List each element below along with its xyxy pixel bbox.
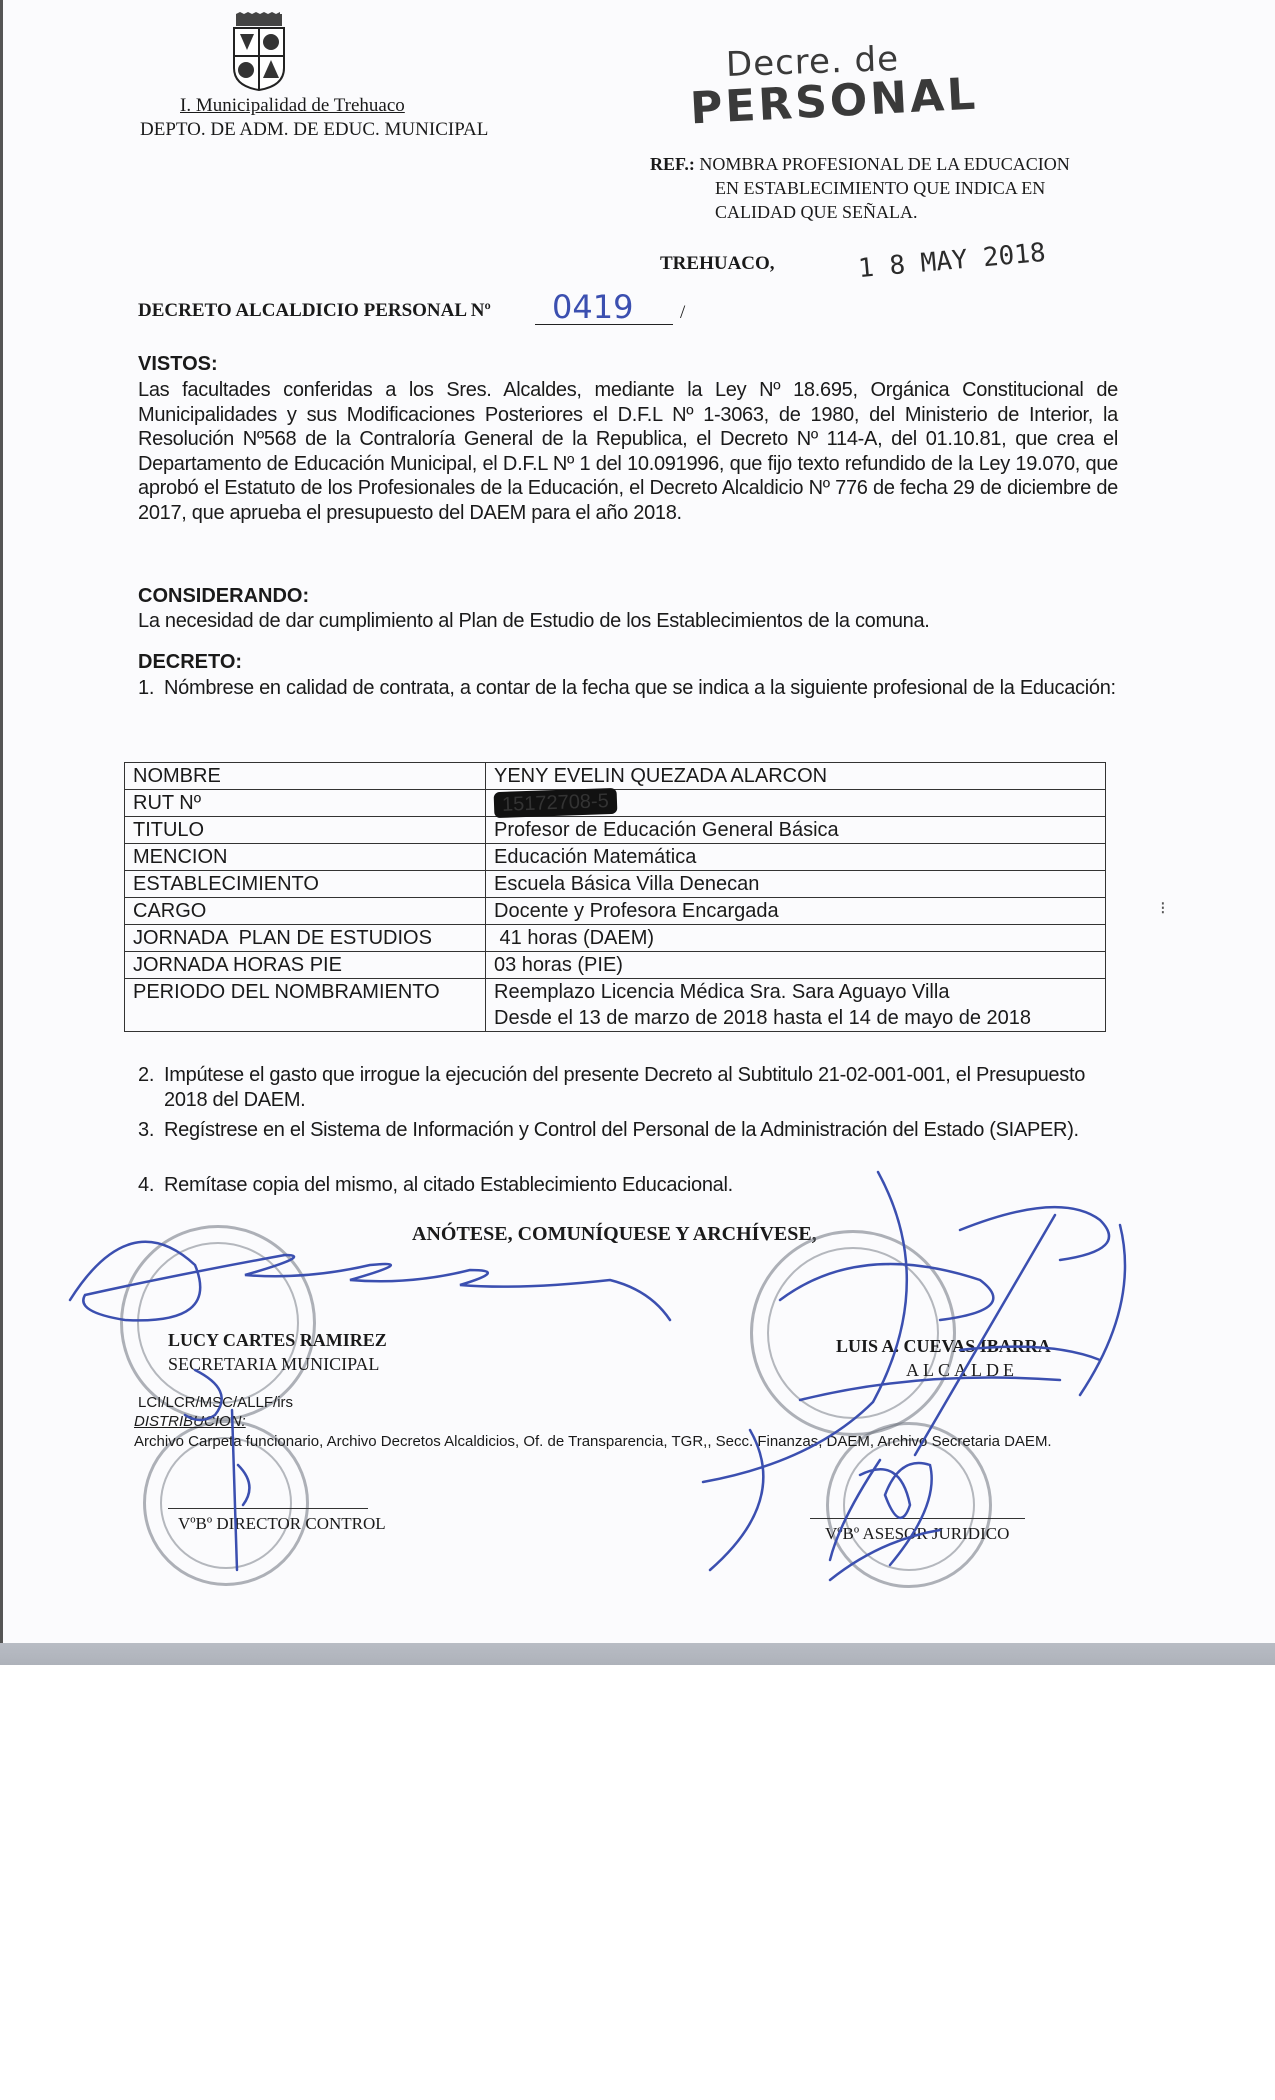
table-row: ESTABLECIMIENTOEscuela Básica Villa Dene… <box>125 871 1106 898</box>
row-value: Profesor de Educación General Básica <box>486 817 1106 844</box>
vistos-text: Las facultades conferidas a los Sres. Al… <box>138 378 1118 525</box>
closing-formula: ANÓTESE, COMUNÍQUESE Y ARCHÍVESE, <box>412 1223 817 1246</box>
stamp-alcalde <box>750 1230 956 1436</box>
appointment-table: NOMBREYENY EVELIN QUEZADA ALARCON RUT Nº… <box>124 762 1106 1032</box>
decree-number: 0419 <box>552 288 633 326</box>
table-row: RUT Nº15172708-5 <box>125 790 1106 817</box>
decree-item-1: 1. Nómbrese en calidad de contrata, a co… <box>138 676 1118 701</box>
redacted-rut: 15172708-5 <box>494 788 618 818</box>
period-line-2: Desde el 13 de marzo de 2018 hasta el 14… <box>494 1005 1097 1031</box>
vistos-title: VISTOS: <box>138 352 218 377</box>
row-key: JORNADA HORAS PIE <box>125 952 486 979</box>
decree-slash: / <box>680 302 685 324</box>
row-value: YENY EVELIN QUEZADA ALARCON <box>486 763 1106 790</box>
decree-item-3: 3. Regístrese en el Sistema de Informaci… <box>138 1118 1118 1143</box>
row-key: NOMBRE <box>125 763 486 790</box>
secretary-role: SECRETARIA MUNICIPAL <box>168 1354 379 1375</box>
department-name: DEPTO. DE ADM. DE EDUC. MUNICIPAL <box>140 119 488 141</box>
organization-name: I. Municipalidad de Trehuaco <box>180 95 405 117</box>
table-row: MENCIONEducación Matemática <box>125 844 1106 871</box>
item-number: 1. <box>138 676 164 701</box>
legal-approval-label: VºBº ASESOR JURIDICO <box>825 1524 1009 1544</box>
decree-item-2: 2. Impútese el gasto que irrogue la ejec… <box>138 1063 1118 1112</box>
row-value: 41 horas (DAEM) <box>486 925 1106 952</box>
stamp-secretaria-municipal <box>120 1225 316 1421</box>
table-row: JORNADA PLAN DE ESTUDIOS 41 horas (DAEM) <box>125 925 1106 952</box>
row-value: Docente y Profesora Encargada <box>486 898 1106 925</box>
reference-line-1: NOMBRA PROFESIONAL DE LA EDUCACION <box>699 154 1069 174</box>
row-value: Escuela Básica Villa Denecan <box>486 871 1106 898</box>
scanned-document-page: I. Municipalidad de Trehuaco DEPTO. DE A… <box>0 0 1275 1660</box>
table-row: CARGODocente y Profesora Encargada <box>125 898 1106 925</box>
reference-line-2: EN ESTABLECIMIENTO QUE INDICA EN <box>650 176 1120 200</box>
reference-label: REF.: <box>650 154 695 174</box>
row-value: Reemplazo Licencia Médica Sra. Sara Agua… <box>486 979 1106 1032</box>
reference-line-3: CALIDAD QUE SEÑALA. <box>650 200 1120 224</box>
row-key: MENCION <box>125 844 486 871</box>
city: TREHUACO, <box>660 253 775 275</box>
legal-signature-line <box>810 1518 1025 1519</box>
row-key: CARGO <box>125 898 486 925</box>
control-approval-label: VºBº DIRECTOR CONTROL <box>178 1514 386 1534</box>
scan-speck: ⁝ <box>1160 898 1166 919</box>
row-key: ESTABLECIMIENTO <box>125 871 486 898</box>
row-value: 15172708-5 <box>486 790 1106 817</box>
row-key: RUT Nº <box>125 790 486 817</box>
reference-block: REF.: NOMBRA PROFESIONAL DE LA EDUCACION… <box>650 152 1120 224</box>
mayor-name: LUIS A. CUEVAS IBARRA <box>836 1336 1051 1357</box>
mayor-role: ALCALDE <box>906 1360 1018 1381</box>
item-number: 4. <box>138 1173 164 1198</box>
row-value: Educación Matemática <box>486 844 1106 871</box>
scan-edge <box>0 0 3 1645</box>
date-stamp: 1 8 MAY 2018 <box>857 238 1047 284</box>
table-row: PERIODO DEL NOMBRAMIENTOReemplazo Licenc… <box>125 979 1106 1032</box>
table-row: NOMBREYENY EVELIN QUEZADA ALARCON <box>125 763 1106 790</box>
decree-item-4: 4. Remítase copia del mismo, al citado E… <box>138 1173 1118 1198</box>
initials: LCI/LCR/MSC/ALLF/irs <box>138 1394 293 1411</box>
scan-bottom-edge <box>0 1643 1275 1665</box>
row-key: TITULO <box>125 817 486 844</box>
distribution-title: DISTRIBUCION: <box>134 1413 246 1430</box>
row-value: 03 horas (PIE) <box>486 952 1106 979</box>
table-row: TITULOProfesor de Educación General Bási… <box>125 817 1106 844</box>
distribution-list: Archivo Carpeta funcionario, Archivo Dec… <box>134 1433 1052 1450</box>
row-key: PERIODO DEL NOMBRAMIENTO <box>125 979 486 1032</box>
period-line-1: Reemplazo Licencia Médica Sra. Sara Agua… <box>494 979 1097 1005</box>
item-number: 3. <box>138 1118 164 1143</box>
considerando-title: CONSIDERANDO: <box>138 584 309 609</box>
item-number: 2. <box>138 1063 164 1112</box>
coat-of-arms-icon <box>230 12 288 92</box>
item-text: Regístrese en el Sistema de Información … <box>164 1118 1118 1143</box>
row-key: JORNADA PLAN DE ESTUDIOS <box>125 925 486 952</box>
item-text: Remítase copia del mismo, al citado Esta… <box>164 1173 1118 1198</box>
control-signature-line <box>168 1508 368 1509</box>
secretary-name: LUCY CARTES RAMIREZ <box>168 1330 387 1351</box>
decree-label: DECRETO ALCALDICIO PERSONAL Nº <box>138 300 491 322</box>
item-text: Nómbrese en calidad de contrata, a conta… <box>164 676 1118 701</box>
decreto-title: DECRETO: <box>138 650 242 675</box>
considerando-text: La necesidad de dar cumplimiento al Plan… <box>138 609 1118 634</box>
table-row: JORNADA HORAS PIE03 horas (PIE) <box>125 952 1106 979</box>
item-text: Impútese el gasto que irrogue la ejecuci… <box>164 1063 1118 1112</box>
